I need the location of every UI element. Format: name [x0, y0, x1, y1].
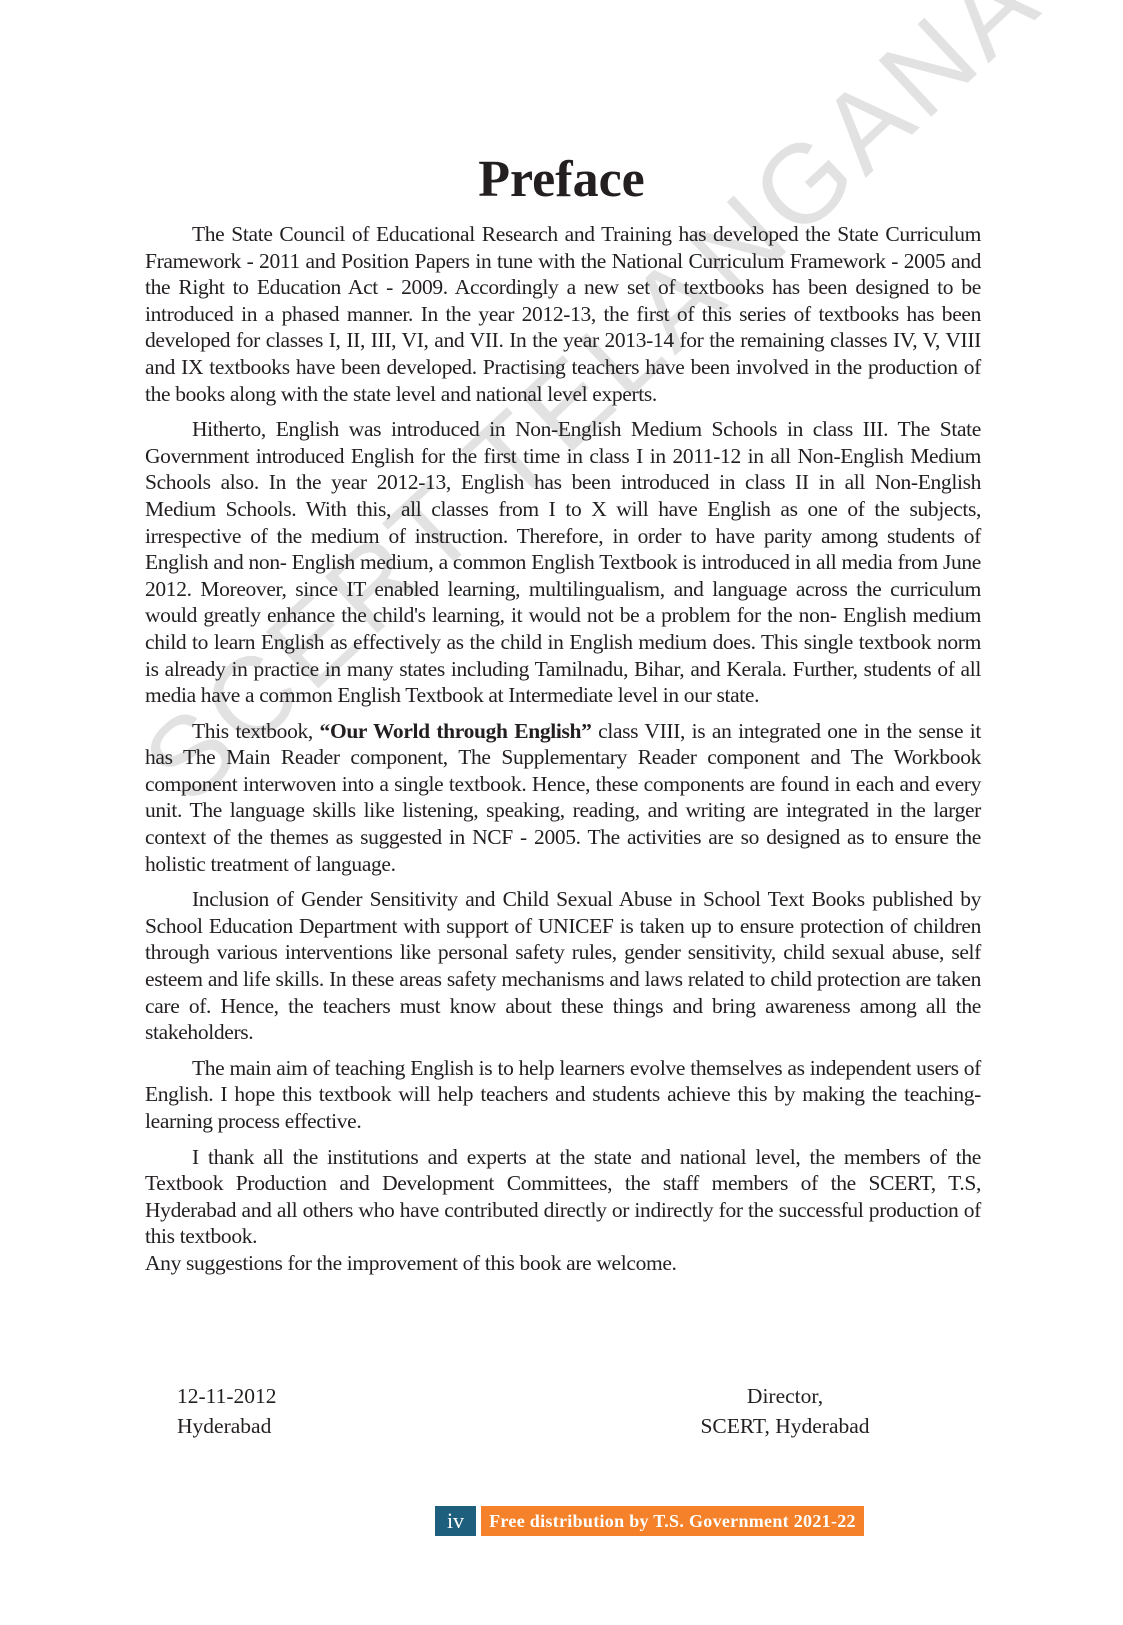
paragraph-english-introduction: Hitherto, English was introduced in Non-… — [145, 416, 981, 709]
paragraph-main-aim: The main aim of teaching English is to h… — [145, 1055, 981, 1135]
signature-date: 12-11-2012 — [177, 1381, 277, 1411]
signature-authority: Director, SCERT, Hyderabad — [690, 1381, 880, 1441]
signature-date-place: 12-11-2012 Hyderabad — [177, 1381, 277, 1441]
paragraph-textbook-description: This textbook, “Our World through Englis… — [145, 718, 981, 878]
page-title: Preface — [0, 150, 1123, 210]
signature-office: SCERT, Hyderabad — [690, 1411, 880, 1441]
document-page: SCERT TELANGANA Preface The State Counci… — [0, 0, 1123, 1625]
paragraph-curriculum-framework: The State Council of Educational Researc… — [145, 221, 981, 407]
paragraph-suggestions: Any suggestions for the improvement of t… — [145, 1250, 981, 1277]
signature-place: Hyderabad — [177, 1411, 277, 1441]
signature-designation: Director, — [690, 1381, 880, 1411]
paragraph-gender-sensitivity: Inclusion of Gender Sensitivity and Chil… — [145, 886, 981, 1046]
text-segment: This textbook, — [192, 719, 320, 743]
paragraph-acknowledgement: I thank all the institutions and experts… — [145, 1144, 981, 1250]
preface-body: The State Council of Educational Researc… — [145, 221, 981, 1277]
book-title: “Our World through English” — [320, 719, 592, 743]
page-footer: iv Free distribution by T.S. Government … — [435, 1506, 864, 1536]
distribution-note: Free distribution by T.S. Government 202… — [481, 1506, 864, 1536]
page-number: iv — [435, 1506, 476, 1536]
